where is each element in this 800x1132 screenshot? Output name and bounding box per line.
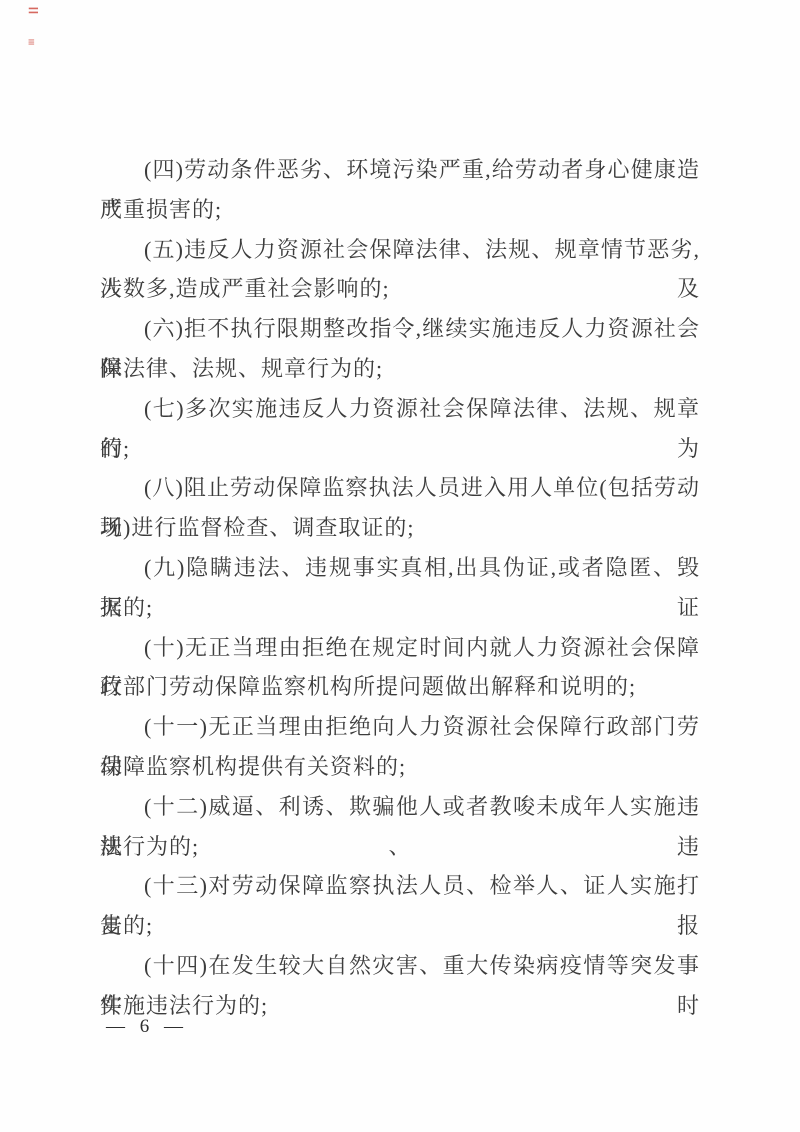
text-line: (十三)对劳动保障监察执法人员、检举人、证人实施打击报 [100,866,700,906]
page-number: — 6 — [106,1012,188,1042]
text-line: 政部门劳动保障监察机构所提问题做出解释和说明的; [100,667,700,707]
text-line: (十)无正当理由拒绝在规定时间内就人力资源社会保障行 [100,628,700,668]
text-line: (十二)威逼、利诱、欺骗他人或者教唆未成年人实施违法、违 [100,787,700,827]
document-body: (四)劳动条件恶劣、环境污染严重,给劳动者身心健康造成 严重损害的; (五)违反… [100,150,700,1026]
text-line: 障法律、法规、规章行为的; [100,349,700,389]
text-line: (七)多次实施违反人力资源社会保障法律、法规、规章行为 [100,389,700,429]
document-page: ⚌ ≡ (四)劳动条件恶劣、环境污染严重,给劳动者身心健康造成 严重损害的; (… [0,0,800,1132]
text-line: (九)隐瞒违法、违规事实真相,出具伪证,或者隐匿、毁灭证 [100,548,700,588]
text-line: (八)阻止劳动保障监察执法人员进入用人单位(包括劳动现 [100,468,700,508]
text-line: (四)劳动条件恶劣、环境污染严重,给劳动者身心健康造成 [100,150,700,190]
text-line: (十四)在发生较大自然灾害、重大传染病疫情等突发事件时 [100,946,700,986]
text-line: 场)进行监督检查、调查取证的; [100,508,700,548]
text-line: (六)拒不执行限期整改指令,继续实施违反人力资源社会保 [100,309,700,349]
text-line: 保障监察机构提供有关资料的; [100,747,700,787]
text-line: (五)违反人力资源社会保障法律、法规、规章情节恶劣,涉及 [100,230,700,270]
red-ink-mark-icon: ⚌ [28,4,39,14]
red-ink-artifacts: ⚌ ≡ [26,4,50,54]
red-ink-mark-icon: ≡ [28,37,35,47]
text-line: 严重损害的; [100,190,700,230]
text-line: (十一)无正当理由拒绝向人力资源社会保障行政部门劳动 [100,707,700,747]
